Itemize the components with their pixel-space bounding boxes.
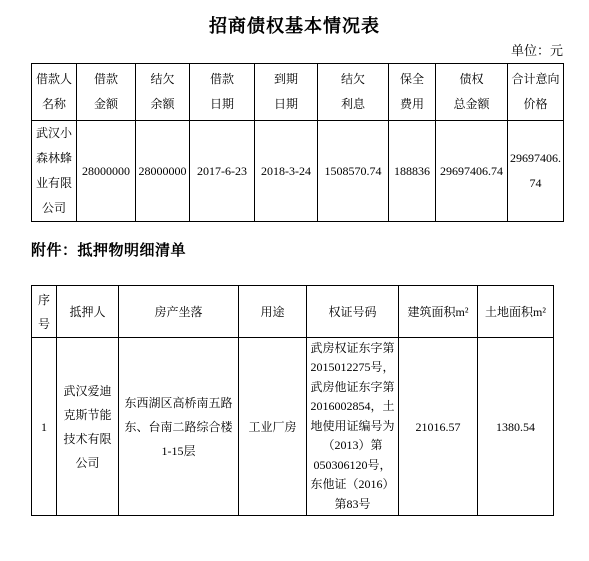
property-location-cell: 东西湖区高桥南五路 东、台南二路综合楼 1-15层: [119, 338, 239, 516]
collateral-header-usage: 用途: [239, 286, 307, 338]
page-title: 招商债权基本情况表: [0, 14, 589, 38]
collateral-header-property-location: 房产坐落: [119, 286, 239, 338]
collateral-header-building-area: 建筑面积m²: [399, 286, 478, 338]
usage-cell: 工业厂房: [239, 338, 307, 516]
debt-header-borrower-name: 借款人 名称: [32, 64, 77, 121]
outstanding-balance-cell: 28000000: [136, 121, 190, 222]
collateral-table-data-row: 1 武汉爱迪克斯节能技术有限公司 东西湖区高桥南五路 东、台南二路综合楼 1-1…: [32, 338, 554, 516]
loan-date-cell: 2017-6-23: [190, 121, 255, 222]
collateral-header-serial-no: 序 号: [32, 286, 57, 338]
debt-header-loan-amount: 借款 金额: [77, 64, 136, 121]
building-area-cell: 21016.57: [399, 338, 478, 516]
collateral-header-land-area: 土地面积m²: [478, 286, 554, 338]
debt-header-loan-date: 借款 日期: [190, 64, 255, 121]
debt-header-outstanding-interest: 结欠 利息: [318, 64, 389, 121]
debt-header-due-date: 到期 日期: [255, 64, 318, 121]
borrower-name-cell: 武汉小森林蜂业有限公司: [32, 121, 77, 222]
due-date-cell: 2018-3-24: [255, 121, 318, 222]
attachment-heading: 附件：抵押物明细清单: [31, 243, 589, 260]
preservation-fee-cell: 188836: [389, 121, 436, 222]
debt-table: 借款人 名称 借款 金额 结欠 余额 借款 日期 到期 日期 结欠 利息 保全 …: [31, 63, 564, 222]
outstanding-interest-cell: 1508570.74: [318, 121, 389, 222]
mortgagor-cell: 武汉爱迪克斯节能技术有限公司: [57, 338, 119, 516]
debt-header-intended-price: 合计意向 价格: [508, 64, 564, 121]
certificate-numbers-cell: 武房权证东字第 2015012275号， 武房他证东字第 2016002854，…: [307, 338, 399, 516]
land-area-cell: 1380.54: [478, 338, 554, 516]
intended-price-cell: 29697406.74: [508, 121, 564, 222]
debt-table-data-row: 武汉小森林蜂业有限公司 28000000 28000000 2017-6-23 …: [32, 121, 564, 222]
debt-header-preservation-fee: 保全 费用: [389, 64, 436, 121]
document-page: 招商债权基本情况表 单位：元 借款人 名称 借款 金额 结欠 余额 借款 日期 …: [0, 0, 589, 561]
debt-header-total-debt: 债权 总金额: [436, 64, 508, 121]
debt-table-header-row: 借款人 名称 借款 金额 结欠 余额 借款 日期 到期 日期 结欠 利息 保全 …: [32, 64, 564, 121]
loan-amount-cell: 28000000: [77, 121, 136, 222]
collateral-table-header-row: 序 号 抵押人 房产坐落 用途 权证号码 建筑面积m² 土地面积m²: [32, 286, 554, 338]
unit-label: 单位：元: [0, 43, 563, 59]
collateral-header-certificate-numbers: 权证号码: [307, 286, 399, 338]
total-debt-cell: 29697406.74: [436, 121, 508, 222]
serial-no-cell: 1: [32, 338, 57, 516]
collateral-table: 序 号 抵押人 房产坐落 用途 权证号码 建筑面积m² 土地面积m² 1 武汉爱…: [31, 285, 554, 516]
debt-header-outstanding-balance: 结欠 余额: [136, 64, 190, 121]
collateral-header-mortgagor: 抵押人: [57, 286, 119, 338]
